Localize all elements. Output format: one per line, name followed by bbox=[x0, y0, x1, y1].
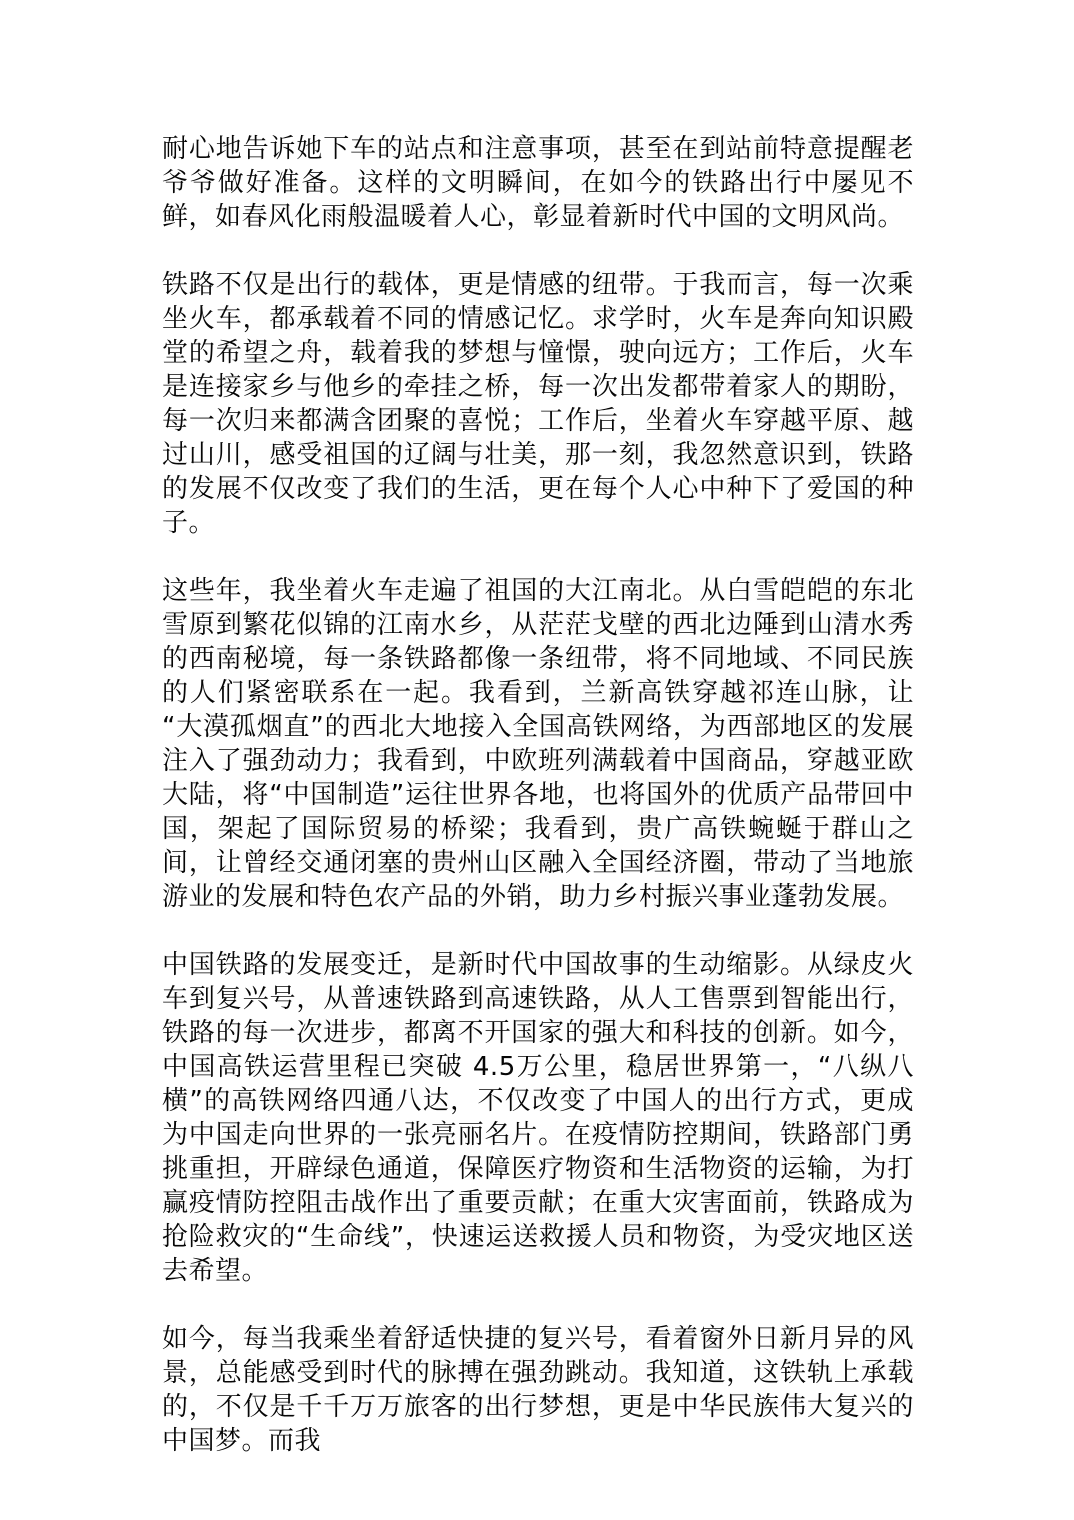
paragraph-5: 如今，每当我乘坐着舒适快捷的复兴号，看着窗外日新月异的风景，总能感受到时代的脉搏… bbox=[162, 1322, 914, 1458]
paragraph-3: 这些年，我坐着火车走遍了祖国的大江南北。从白雪皑皑的东北雪原到繁花似锦的江南水乡… bbox=[162, 574, 914, 914]
document-page: 耐心地告诉她下车的站点和注意事项，甚至在到站前特意提醒老爷爷做好准备。这样的文明… bbox=[0, 0, 1074, 1520]
paragraph-1: 耐心地告诉她下车的站点和注意事项，甚至在到站前特意提醒老爷爷做好准备。这样的文明… bbox=[162, 132, 914, 234]
document-body: 耐心地告诉她下车的站点和注意事项，甚至在到站前特意提醒老爷爷做好准备。这样的文明… bbox=[162, 132, 914, 1458]
paragraph-4: 中国铁路的发展变迁，是新时代中国故事的生动缩影。从绿皮火车到复兴号，从普速铁路到… bbox=[162, 948, 914, 1288]
paragraph-2: 铁路不仅是出行的载体，更是情感的纽带。于我而言，每一次乘坐火车，都承载着不同的情… bbox=[162, 268, 914, 540]
